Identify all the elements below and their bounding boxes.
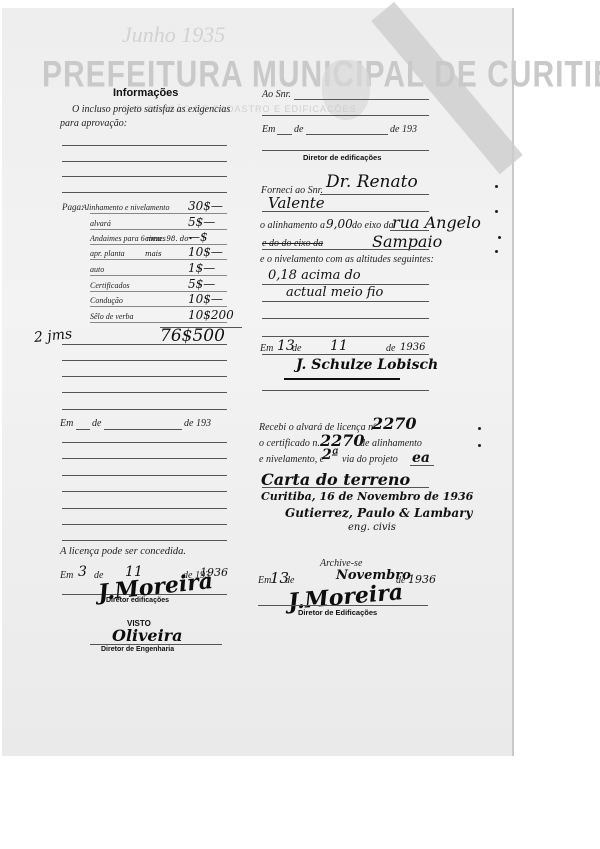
rule [62,344,227,345]
rule [62,392,227,393]
blank-field [390,230,429,231]
rule [262,211,429,212]
date2-year: 1936 [408,573,436,586]
fee-rule [90,259,227,260]
fee-value: 10$200 [188,308,234,322]
certificado-label: o certificado n. [259,438,320,449]
fee-value: 10$— [188,245,223,259]
rule [262,318,429,319]
signature-rule [258,605,428,606]
engineers-names: Gutierrez, Paulo & Lambary [285,506,472,520]
date2-prefix: Em [60,570,73,581]
bleed-stamp: Junho 1935 [122,22,225,48]
fee-rule [90,322,227,323]
rule [62,192,227,193]
engineers-title: eng. civis [348,522,396,533]
date2-de: de [285,575,294,586]
signature-engineer: J. Schulze Lobisch [296,357,438,373]
licenca-text: A licença pode ser concedida. [60,546,186,557]
intro-text: O incluso projeto satisfaz as exigencias [72,104,230,115]
fee-note: cima. 98. do• [145,235,193,243]
fee-value: 5$— [188,215,215,229]
recipient-name-1: Dr. Renato [326,172,418,192]
date-year-label: de 193 [184,418,211,429]
via-label: e nivelamento, e [259,454,324,465]
altitude-line-1: 0,18 acima do [268,268,361,283]
blank-field [294,99,429,100]
rule [62,442,227,443]
nivelamento-label: e o nivelamento com as altitudes seguint… [260,254,434,265]
fee-label: auto [90,265,104,274]
via-number: 2ª [322,447,339,463]
blank-field [277,134,292,135]
blank-field [410,465,434,466]
rule [62,458,227,459]
altitude-line-2: actual meio fio [286,285,383,300]
struck-text: e do do eixo da [262,238,323,249]
fee-label: Condução [90,296,123,305]
em-label: Em [262,124,275,135]
fee-value: 5$— [188,277,215,291]
rule [62,409,227,410]
blank-field [76,429,90,430]
date2-day: 3 [78,564,87,580]
rule [62,176,227,177]
rule [262,249,429,250]
sig1-title: Diretor edificações [106,597,169,604]
eixo-label: do eixo da [352,220,394,231]
fee-value: 30$— [188,199,223,213]
date-prefix: Em [260,343,273,354]
date-month: 11 [330,338,348,354]
sig2-title: Diretor de Engenharia [101,646,174,653]
alinhamento-label: o alinhamento a [260,220,325,231]
rule [62,491,227,492]
date-year: 1936 [400,342,425,353]
alvara-number: 2270 [372,414,417,433]
fee-value: 10$— [188,292,223,306]
date-de2: de [386,343,395,354]
blank-field [104,429,182,430]
date-em-label: Em [60,418,73,429]
director-title: Diretor de edificações [303,153,381,162]
local-date: Curitiba, 16 de Novembro de 1936 [261,490,473,503]
fee-label: apr. planta [90,249,125,258]
certificado-tail: de alinhamento [360,438,422,449]
fee-value: 1$— [188,261,215,275]
rule [62,508,227,509]
de-year-label: de 193 [390,124,417,135]
fee-rule [90,306,227,307]
section-title-informacoes: Informações [113,87,178,99]
ao-snr-label: Ao Snr. [262,89,291,100]
fee-label: alvará [90,219,111,228]
fee-label: Certificados [90,281,130,290]
rule [262,487,429,488]
rule [62,161,227,162]
blank-field [320,194,429,195]
rule [262,354,429,355]
fee-rule [90,275,227,276]
rule [262,336,429,337]
via-handwritten: ea [412,450,430,466]
fee-label: Alinhamento e nivelamento [82,203,170,212]
rule [62,360,227,361]
signature-rule [90,644,222,645]
sig2-title: Diretor de Edificações [298,608,377,617]
fee-label: Sêlo de verba [90,312,134,321]
paga-label: Paga: [62,202,84,212]
via-tail: via do projeto [342,454,398,465]
intro-text-2: para aprovação: [60,118,127,129]
rule [62,475,227,476]
de-label: de [294,124,303,135]
rule [262,301,429,302]
blank-field [306,134,388,135]
signature-underline [284,378,400,380]
rule [262,150,429,151]
rule [62,376,227,377]
recipient-name-2: Valente [268,194,325,212]
fee-rule [90,213,227,214]
date-de: de [292,343,301,354]
rule [62,540,227,541]
rule [62,145,227,146]
signature-director-engenharia: Oliveira [112,626,182,645]
rule [262,115,429,116]
rule [62,524,227,525]
fee-total: 76$500 [160,326,225,346]
fee-note: mais [145,250,162,258]
rule [262,390,429,391]
date-de-label: de [92,418,101,429]
alinhamento-distance: 9,00 [326,217,353,231]
